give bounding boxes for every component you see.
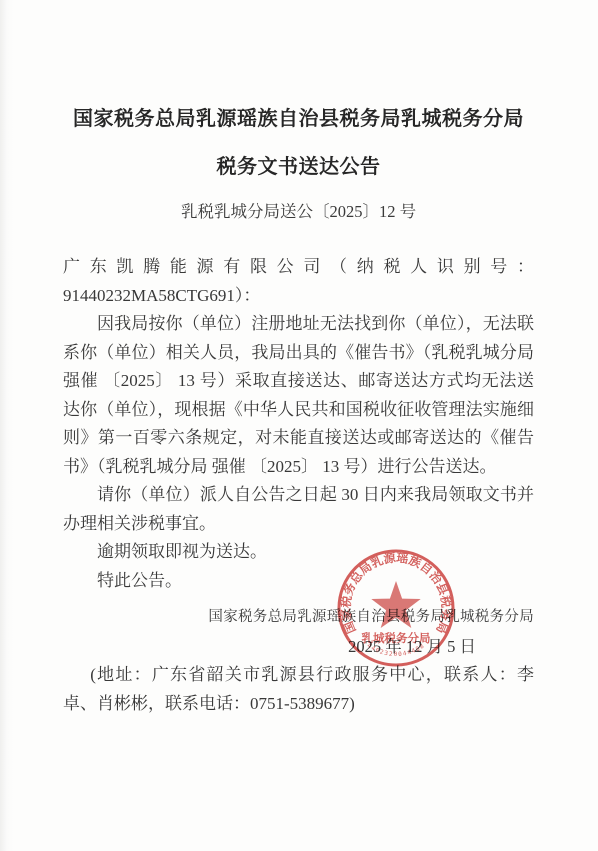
paragraph: 逾期领取即视为送达。 [63,538,534,567]
title-line-agency: 国家税务总局乳源瑶族自治县税务局乳城税务分局 [63,95,534,143]
title-line-subject: 税务文书送达公告 [63,143,534,191]
paragraph: 特此公告。 [63,567,534,596]
document-content: 国家税务总局乳源瑶族自治县税务局乳城税务分局 税务文书送达公告 乳税乳城分局送公… [63,95,534,718]
contact-footer: (地址：广东省韶关市乳源县行政服务中心，联系人：李卓、肖彬彬，联系电话：0751… [63,661,534,718]
signature-date: 2025 年 12 月 5 日 [63,632,534,661]
scanned-notice-page: 国家税务总局乳源瑶族自治县税务局乳城税务分局 税务文书送达公告 乳税乳城分局送公… [0,0,598,851]
signature-block: 国家税务总局乳源瑶族自治县税务局乳城税务分局 2025 年 12 月 5 日 [63,603,534,661]
document-body: 广东凯腾能源有限公司（纳税人识别号：91440232MA58CTG691）： 因… [63,253,534,595]
signature-agency: 国家税务总局乳源瑶族自治县税务局乳城税务分局 [63,603,534,632]
document-number: 乳税乳城分局送公〔2025〕12 号 [63,197,534,227]
paragraph: 请你（单位）派人自公告之日起 30 日内来我局领取文书并办理相关涉税事宜。 [63,481,534,538]
paragraph: 因我局按你（单位）注册地址无法找到你（单位），无法联系你（单位）相关人员，我局出… [63,310,534,481]
salutation: 广东凯腾能源有限公司（纳税人识别号：91440232MA58CTG691）： [63,253,534,310]
document-title: 国家税务总局乳源瑶族自治县税务局乳城税务分局 税务文书送达公告 [63,95,534,191]
